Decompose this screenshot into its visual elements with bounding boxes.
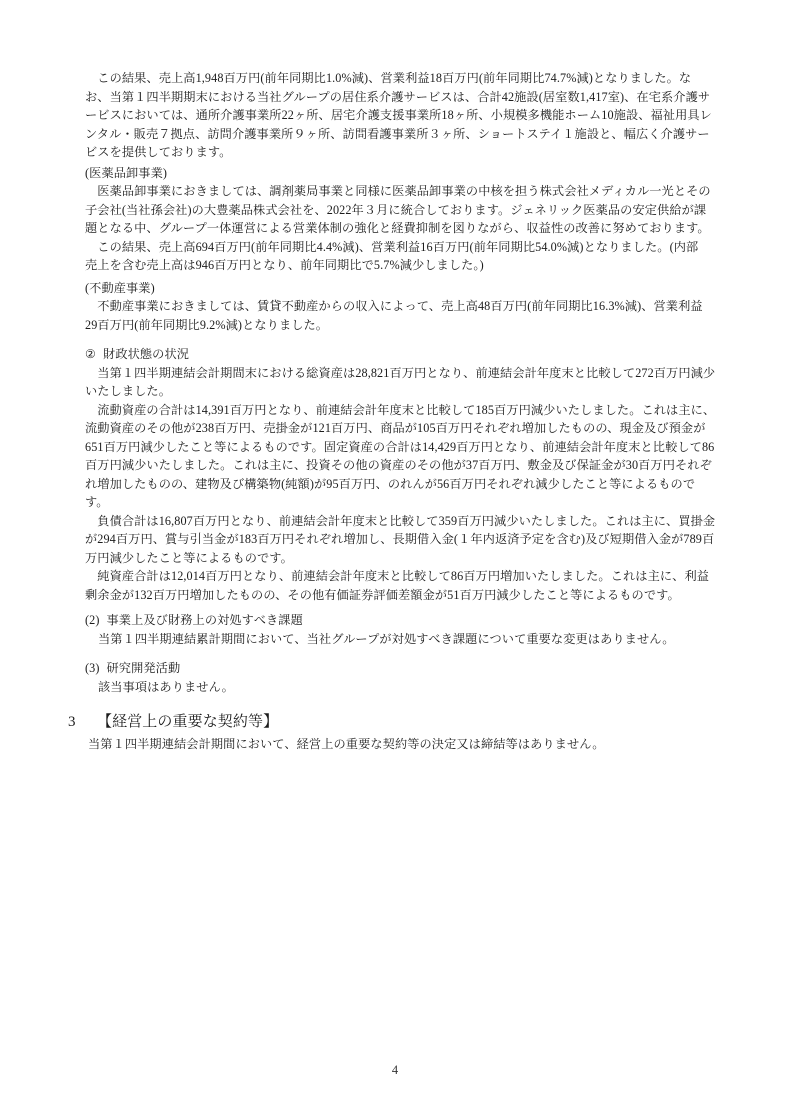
research-development-title: 研究開発活動 <box>107 661 181 675</box>
text-line: ビスを提供しております。 <box>85 143 722 162</box>
text-line: 当第１四半期連結会計期間末における総資産は28,821百万円となり、前連結会計年… <box>85 364 722 383</box>
important-contracts-number: 3 <box>68 710 97 734</box>
text-line: 651百万円減少したこと等によるものです。固定資産の合計は14,429百万円とな… <box>85 438 722 457</box>
section-financial-position: ②財政状態の状況 当第１四半期連結会計期間末における総資産は28,821百万円と… <box>85 345 722 604</box>
text-line: 売上を含む売上高は946百万円となり、前年同期比で5.7%減少しました。) <box>85 256 722 275</box>
paragraph-pharma-2: この結果、売上高694百万円(前年同期比4.4%減)、営業利益16百万円(前年同… <box>85 238 722 275</box>
business-issues-body: 当第１四半期連結累計期間において、当社グループが対処すべき課題について重要な変更… <box>98 630 722 649</box>
financial-position-title: 財政状態の状況 <box>103 347 189 361</box>
paragraph-net-assets: 純資産合計は12,014百万円となり、前連結会計年度末と比較して86百万円増加い… <box>85 567 722 604</box>
paragraph-current-fixed-assets: 流動資産の合計は14,391百万円となり、前連結会計年度末と比較して185百万円… <box>85 401 722 512</box>
paragraph-total-assets: 当第１四半期連結会計期間末における総資産は28,821百万円となり、前連結会計年… <box>85 364 722 401</box>
text-line: 万円減少したこと等によるものです。 <box>85 549 722 568</box>
paragraph-overview: この結果、売上高1,948百万円(前年同期比1.0%減)、営業利益18百万円(前… <box>85 69 722 162</box>
business-issues-marker: (2) <box>85 613 100 627</box>
section-research-development: (3)研究開発活動 該当事項はありません。 <box>85 659 722 696</box>
text-line: 医薬品卸事業におきましては、調剤薬局事業と同様に医薬品卸事業の中核を担う株式会社… <box>85 182 722 201</box>
important-contracts-title: 【経営上の重要な契約等】 <box>97 714 278 730</box>
text-line: お、当第１四半期期末における当社グループの居住系介護サービスは、合計42施設(居… <box>85 88 722 107</box>
text-line: いたしました。 <box>85 382 722 401</box>
heading-pharma-wholesale: (医薬品卸事業) <box>85 164 722 183</box>
important-contracts-body: 当第１四半期連結会計期間において、経営上の重要な契約等の決定又は締結等はありませ… <box>88 734 722 754</box>
text-line: ンタル・販売７拠点、訪問介護事業所９ヶ所、訪問看護事業所３ヶ所、ショートステイ１… <box>85 125 722 144</box>
page-number: 4 <box>392 1063 398 1077</box>
text-line: 不動産事業におきましては、賃貸不動産からの収入によって、売上高48百万円(前年同… <box>85 297 722 316</box>
text-line: この結果、売上高1,948百万円(前年同期比1.0%減)、営業利益18百万円(前… <box>85 69 722 88</box>
text-line: ービスにおいては、通所介護事業所22ヶ所、居宅介護支援事業所18ヶ所、小規模多機… <box>85 106 722 125</box>
text-line: 流動資産の合計は14,391百万円となり、前連結会計年度末と比較して185百万円… <box>85 401 722 420</box>
section-segment-overview: この結果、売上高1,948百万円(前年同期比1.0%減)、営業利益18百万円(前… <box>85 69 722 162</box>
text-line: す。 <box>85 493 722 512</box>
financial-position-marker: ② <box>85 347 96 361</box>
section-important-contracts: 3【経営上の重要な契約等】 当第１四半期連結会計期間において、経営上の重要な契約… <box>85 710 722 754</box>
text-line: 純資産合計は12,014百万円となり、前連結会計年度末と比較して86百万円増加い… <box>85 567 722 586</box>
text-line: 流動資産のその他が238百万円、売掛金が121百万円、商品が105百万円それぞれ… <box>85 419 722 438</box>
paragraph-liabilities: 負債合計は16,807百万円となり、前連結会計年度末と比較して359百万円減少い… <box>85 512 722 568</box>
text-line: 剰余金が132百万円増加したものの、その他有価証券評価差額金が51百万円減少した… <box>85 586 722 605</box>
heading-important-contracts: 3【経営上の重要な契約等】 <box>68 710 722 734</box>
section-business-issues: (2)事業上及び財務上の対処すべき課題 当第１四半期連結累計期間において、当社グ… <box>85 611 722 648</box>
heading-research-development: (3)研究開発活動 <box>85 659 722 678</box>
paragraph-pharma-1: 医薬品卸事業におきましては、調剤薬局事業と同様に医薬品卸事業の中核を担う株式会社… <box>85 182 722 238</box>
text-line: 負債合計は16,807百万円となり、前連結会計年度末と比較して359百万円減少い… <box>85 512 722 531</box>
heading-financial-position: ②財政状態の状況 <box>85 345 722 364</box>
text-line: 29百万円(前年同期比9.2%減)となりました。 <box>85 316 722 335</box>
text-line: 百万円減少いたしました。これは主に、投資その他の資産のその他が37百万円、敷金及… <box>85 456 722 475</box>
research-development-marker: (3) <box>85 661 100 675</box>
heading-business-issues: (2)事業上及び財務上の対処すべき課題 <box>85 611 722 630</box>
section-pharma-wholesale: (医薬品卸事業) 医薬品卸事業におきましては、調剤薬局事業と同様に医薬品卸事業の… <box>85 164 722 275</box>
document-body: この結果、売上高1,948百万円(前年同期比1.0%減)、営業利益18百万円(前… <box>0 0 790 754</box>
document-page: この結果、売上高1,948百万円(前年同期比1.0%減)、営業利益18百万円(前… <box>0 0 790 1118</box>
page-footer: 4 <box>0 1063 790 1078</box>
business-issues-title: 事業上及び財務上の対処すべき課題 <box>107 613 303 627</box>
text-line: 子会社(当社孫会社)の大豊薬品株式会社を、2022年３月に統合しております。ジェ… <box>85 201 722 220</box>
paragraph-real-estate: 不動産事業におきましては、賃貸不動産からの収入によって、売上高48百万円(前年同… <box>85 297 722 334</box>
text-line: が294百万円、賞与引当金が183百万円それぞれ増加し、長期借入金(１年内返済予… <box>85 530 722 549</box>
section-real-estate: (不動産事業) 不動産事業におきましては、賃貸不動産からの収入によって、売上高4… <box>85 279 722 335</box>
heading-real-estate: (不動産事業) <box>85 279 722 298</box>
research-development-body: 該当事項はありません。 <box>98 678 722 697</box>
text-line: この結果、売上高694百万円(前年同期比4.4%減)、営業利益16百万円(前年同… <box>85 238 722 257</box>
text-line: 題となる中、グループ一体運営による営業体制の強化と経費抑制を図りながら、収益性の… <box>85 219 722 238</box>
text-line: れ増加したものの、建物及び構築物(純額)が95百万円、のれんが56百万円それぞれ… <box>85 475 722 494</box>
